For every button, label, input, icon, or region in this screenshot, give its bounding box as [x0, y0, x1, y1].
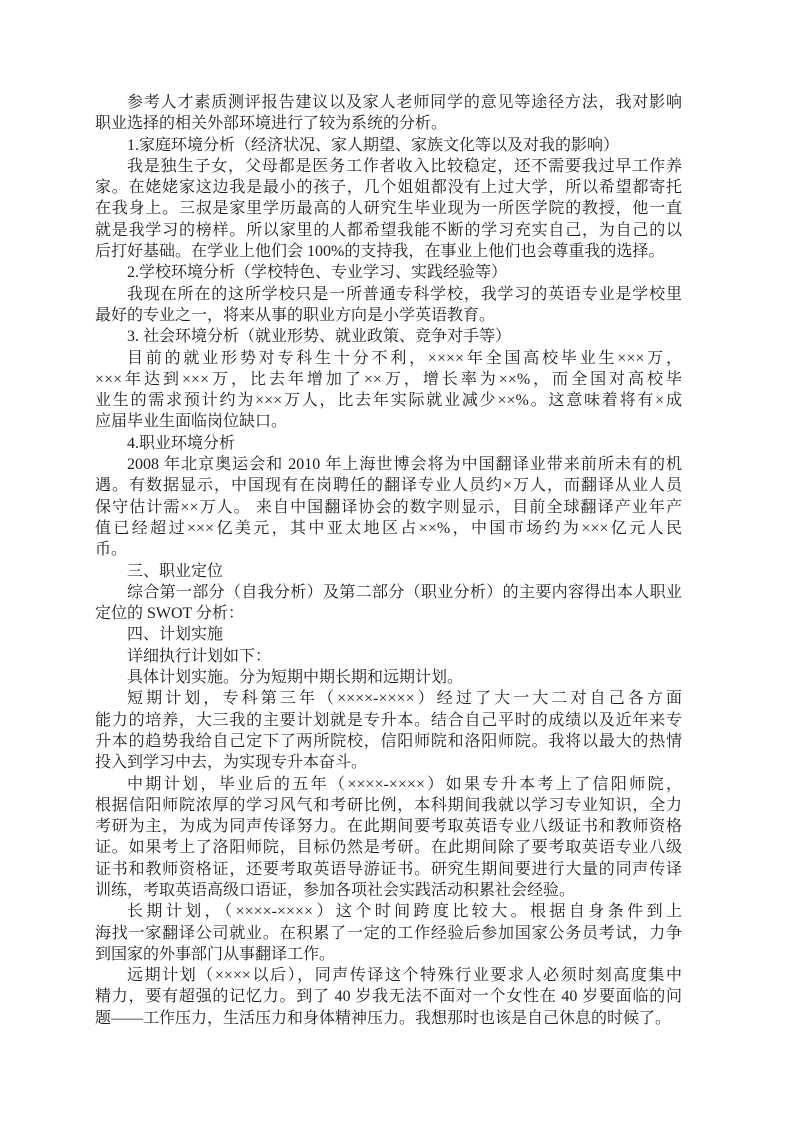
text-line: 值已经超过×××亿美元，其中亚太地区占××%，中国市场约为×××亿元人民	[95, 518, 682, 539]
paragraph: 综合第一部分（自我分析）及第二部分（职业分析）的主要内容得出本人职业定位的 SW…	[95, 582, 682, 625]
text-line: 业生的需求预计约为×××万人，比去年实际就业减少××%。这意味着将有×成	[95, 390, 682, 411]
text-line: 后打好基础。在学业上他们会 100%的支持我，在事业上他们也会尊重我的选择。	[95, 241, 682, 262]
text-line: 具体计划实施。分为短期中期长期和远期计划。	[95, 667, 682, 688]
paragraph: 4.职业环境分析	[95, 433, 682, 454]
text-line: 证书和教师资格证，还要考取英语导游证书。研究生期间要进行大量的同声传译	[95, 859, 682, 880]
text-line: 到国家的外事部门从事翻译工作。	[95, 944, 682, 965]
text-line: 2.学校环境分析（学校特色、专业学习、实践经验等）	[95, 262, 682, 283]
text-line: 1.家庭环境分析（经济状况、家人期望、家族文化等以及对我的影响）	[95, 135, 682, 156]
paragraph: 我是独生子女，父母都是医务工作者收入比较稳定，还不需要我过早工作养家。在姥姥家这…	[95, 156, 682, 262]
text-line: 海找一家翻译公司就业。在积累了一定的工作经验后参加国家公务员考试，力争	[95, 923, 682, 944]
text-line: 短期计划，专科第三年（××××-××××）经过了大一大二对自己各方面	[95, 688, 682, 709]
paragraph: 详细执行计划如下：	[95, 646, 682, 667]
text-line: 定位的 SWOT 分析：	[95, 603, 682, 624]
text-line: ×××年达到×××万，比去年增加了××万，增长率为××%，而全国对高校毕	[95, 369, 682, 390]
text-line: 训练，考取英语高级口语证，参加各项社会实践活动积累社会经验。	[95, 880, 682, 901]
text-line: 中期计划，毕业后的五年（××××-××××）如果专升本考上了信阳师院，	[95, 774, 682, 795]
paragraph: 三、职业定位	[95, 561, 682, 582]
paragraph: 具体计划实施。分为短期中期长期和远期计划。	[95, 667, 682, 688]
text-line: 详细执行计划如下：	[95, 646, 682, 667]
text-line: 三、职业定位	[95, 561, 682, 582]
paragraph: 中期计划，毕业后的五年（××××-××××）如果专升本考上了信阳师院，根据信阳师…	[95, 774, 682, 902]
text-line: 我现在所在的这所学校只是一所普通专科学校，我学习的英语专业是学校里	[95, 284, 682, 305]
paragraph: 远期计划（××××以后），同声传译这个特殊行业要求人必须时刻高度集中精力，要有超…	[95, 965, 682, 1029]
text-line: 最好的专业之一，将来从事的职业方向是小学英语教育。	[95, 305, 682, 326]
text-line: 就是我学习的榜样。所以家里的人都希望我能不断的学习充实自己，为自己的以	[95, 220, 682, 241]
text-line: 升本的趋势我给自己定下了两所院校，信阳师院和洛阳师院。我将以最大的热情	[95, 731, 682, 752]
text-line: 投入到学习中去，为实现专升本奋斗。	[95, 752, 682, 773]
paragraph: 目前的就业形势对专科生十分不利，××××年全国高校毕业生×××万，×××年达到×…	[95, 348, 682, 433]
paragraph: 长期计划，（××××-××××）这个时间跨度比较大。根据自身条件到上海找一家翻译…	[95, 901, 682, 965]
text-line: 题——工作压力，生活压力和身体精神压力。我想那时也该是自己休息的时候了。	[95, 1008, 682, 1029]
text-block: 参考人才素质测评报告建议以及家人老师同学的意见等途径方法，我对影响职业选择的相关…	[95, 92, 682, 1029]
text-line: 遇。有数据显示，中国现有在岗聘任的翻译专业人员约×万人，而翻译从业人员	[95, 475, 682, 496]
text-line: 长期计划，（××××-××××）这个时间跨度比较大。根据自身条件到上	[95, 901, 682, 922]
text-line: 保守估计需××万人。 来自中国翻译协会的数字则显示，目前全球翻译产业年产	[95, 497, 682, 518]
text-line: 参考人才素质测评报告建议以及家人老师同学的意见等途径方法，我对影响	[95, 92, 682, 113]
text-line: 目前的就业形势对专科生十分不利，××××年全国高校毕业生×××万，	[95, 348, 682, 369]
text-line: 四、计划实施	[95, 624, 682, 645]
paragraph: 3. 社会环境分析（就业形势、就业政策、竞争对手等）	[95, 326, 682, 347]
text-line: 币。	[95, 539, 682, 560]
text-line: 家。在姥姥家这边我是最小的孩子，几个姐姐都没有上过大学，所以希望都寄托	[95, 177, 682, 198]
paragraph: 1.家庭环境分析（经济状况、家人期望、家族文化等以及对我的影响）	[95, 135, 682, 156]
document-page: 参考人才素质测评报告建议以及家人老师同学的意见等途径方法，我对影响职业选择的相关…	[0, 0, 793, 1122]
text-line: 证。如果考上了洛阳师院，目标仍然是考研。在此期间除了要考取英语专业八级	[95, 837, 682, 858]
paragraph: 我现在所在的这所学校只是一所普通专科学校，我学习的英语专业是学校里最好的专业之一…	[95, 284, 682, 327]
paragraph: 参考人才素质测评报告建议以及家人老师同学的意见等途径方法，我对影响职业选择的相关…	[95, 92, 682, 135]
text-line: 考研为主，为成为同声传译努力。在此期间要考取英语专业八级证书和教师资格	[95, 816, 682, 837]
text-line: 我是独生子女，父母都是医务工作者收入比较稳定，还不需要我过早工作养	[95, 156, 682, 177]
text-line: 能力的培养，大三我的主要计划就是专升本。结合自己平时的成绩以及近年来专	[95, 710, 682, 731]
text-line: 精力，要有超强的记忆力。到了 40 岁我无法不面对一个女性在 40 岁要面临的问	[95, 986, 682, 1007]
text-line: 4.职业环境分析	[95, 433, 682, 454]
text-line: 在我身上。三叔是家里学历最高的人研究生毕业现为一所医学院的教授，他一直	[95, 198, 682, 219]
text-line: 3. 社会环境分析（就业形势、就业政策、竞争对手等）	[95, 326, 682, 347]
text-line: 职业选择的相关外部环境进行了较为系统的分析。	[95, 113, 682, 134]
text-line: 综合第一部分（自我分析）及第二部分（职业分析）的主要内容得出本人职业	[95, 582, 682, 603]
text-line: 应届毕业生面临岗位缺口。	[95, 411, 682, 432]
text-line: 2008 年北京奥运会和 2010 年上海世博会将为中国翻译业带来前所未有的机	[95, 454, 682, 475]
paragraph: 四、计划实施	[95, 624, 682, 645]
paragraph: 短期计划，专科第三年（××××-××××）经过了大一大二对自己各方面能力的培养，…	[95, 688, 682, 773]
paragraph: 2.学校环境分析（学校特色、专业学习、实践经验等）	[95, 262, 682, 283]
text-line: 根据信阳师院浓厚的学习风气和考研比例，本科期间我就以学习专业知识，全力	[95, 795, 682, 816]
paragraph: 2008 年北京奥运会和 2010 年上海世博会将为中国翻译业带来前所未有的机遇…	[95, 454, 682, 560]
text-line: 远期计划（××××以后），同声传译这个特殊行业要求人必须时刻高度集中	[95, 965, 682, 986]
